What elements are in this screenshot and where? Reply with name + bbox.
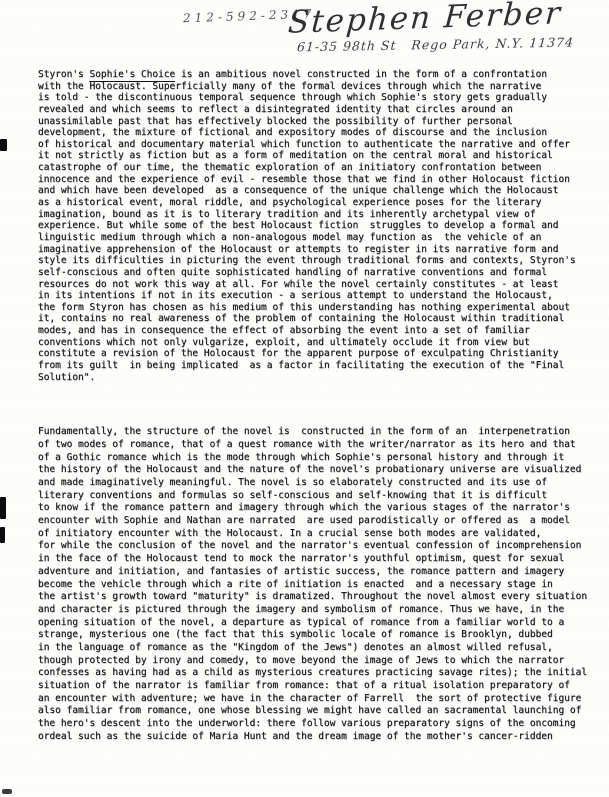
scan-edge-artifact	[0, 497, 6, 519]
scan-edge-artifact	[0, 139, 7, 151]
typescript-line: literary conventions and formulas so sel…	[38, 490, 594, 503]
typescript-line: of historical and documentary material w…	[38, 139, 594, 151]
typescript-line: of initiatory encounter with the Holocau…	[38, 528, 594, 541]
typescript-line: in its intentions if not in its executio…	[38, 290, 594, 302]
typescript-line: though protected by irony and comedy, to…	[38, 655, 594, 668]
typescript-line: of a Gothic romance which is the mode th…	[38, 452, 594, 465]
paragraph-2-lines: Fundamentally, the structure of the nove…	[38, 426, 594, 743]
paragraph-1-first-line: Styron's Sophie's Choice is an ambitious…	[38, 69, 594, 81]
typescript-line: Fundamentally, the structure of the nove…	[38, 426, 594, 439]
paragraph-2: Fundamentally, the structure of the nove…	[38, 426, 594, 743]
typescript-line: with the Holocaust. Superficially many o…	[38, 81, 594, 93]
typescript-line: innocence and the experience of evil - r…	[38, 174, 594, 186]
typescript-line: strange, mysterious one (the fact that t…	[38, 629, 594, 642]
typescript-line: in the face of the Holocaust tend to moc…	[38, 553, 594, 566]
typescript-line: experience. But while some of the best H…	[38, 220, 594, 232]
scan-edge-artifact	[0, 527, 5, 543]
paragraph-1-lines: with the Holocaust. Superficially many o…	[38, 81, 594, 384]
typescript-line: conventions which not only vulgarize, ex…	[38, 337, 594, 349]
typescript-line: linguistic medium through which a non-an…	[38, 232, 594, 244]
book-title-underlined: Sophie's Choice	[89, 69, 175, 82]
typescript-line: the form Styron has chosen as his medium…	[38, 302, 594, 314]
typescript-line: Solution".	[38, 372, 594, 384]
typescript-line: also familiar from romance, one whose bl…	[38, 705, 594, 718]
first-line-prefix: Styron's	[38, 69, 89, 80]
typescript-line: self-conscious and often quite sophistic…	[38, 267, 594, 279]
typescript-line: the history of the Holocaust and the nat…	[38, 464, 594, 477]
typescript-line: the artist's growth toward "maturity" is…	[38, 591, 594, 604]
scanned-manuscript-page: 212-592-2317 Stephen Ferber 61-35 98th S…	[0, 0, 609, 797]
typescript-line: development, the mixture of fictional an…	[38, 127, 594, 139]
typescript-line: is told - the discontinuous temporal seq…	[38, 92, 594, 104]
typescript-line: an encounter with adventure; we have in …	[38, 693, 594, 706]
typescript-line: adventure and initiation, and fantasies …	[38, 566, 594, 579]
typescript-line: opening situation of the novel, a depart…	[38, 617, 594, 630]
typescript-body: Styron's Sophie's Choice is an ambitious…	[38, 69, 594, 743]
typescript-line: constitute a revision of the Holocaust f…	[38, 348, 594, 360]
typescript-line: resources do not work this way at all. F…	[38, 279, 594, 291]
typescript-line: in the language of romance as the "Kingd…	[38, 642, 594, 655]
typescript-line: ordeal such as the suicide of Maria Hunt…	[38, 731, 594, 744]
typescript-line: modes, and has in consequence the effect…	[38, 325, 594, 337]
typescript-line: catastrophe of our time, the thematic ex…	[38, 162, 594, 174]
typescript-line: for while the conclusion of the novel an…	[38, 540, 594, 553]
typescript-line: to know if the romance pattern and image…	[38, 502, 594, 515]
typescript-line: it not strictly as fiction but as a form…	[38, 150, 594, 162]
typescript-line: style its difficulties in picturing the …	[38, 255, 594, 267]
paragraph-1: Styron's Sophie's Choice is an ambitious…	[38, 69, 594, 383]
typescript-line: as a historical event, moral riddle, and…	[38, 197, 594, 209]
typescript-line: imagination, bound as it is to literary …	[38, 209, 594, 221]
typescript-line: from its guilt in being implicated as a …	[38, 360, 594, 372]
typescript-line: revealed and which seems to reflect a di…	[38, 104, 594, 116]
typescript-line: situation of the narrator is familiar fr…	[38, 680, 594, 693]
first-line-suffix: is an ambitious novel constructed in the…	[175, 69, 547, 80]
typescript-line: imaginative apprehension of the Holocaus…	[38, 244, 594, 256]
typescript-line: it, contains no real awareness of the pr…	[38, 313, 594, 325]
typescript-line: the hero's descent into the underworld: …	[38, 718, 594, 731]
scan-edge-artifact	[2, 789, 12, 794]
typescript-line: and character is pictured through the im…	[38, 604, 594, 617]
typescript-line: of two modes of romance, that of a quest…	[38, 439, 594, 452]
typescript-line: and which have been developed as a conse…	[38, 185, 594, 197]
typescript-line: and made imaginatively meaningful. The n…	[38, 477, 594, 490]
typescript-line: confesses as having had as a child as my…	[38, 667, 594, 680]
typescript-line: encounter with Sophie and Nathan are nar…	[38, 515, 594, 528]
typescript-line: become the vehicle through which a rite …	[38, 579, 594, 592]
typescript-line: unassimilable past that has effectively …	[38, 116, 594, 128]
